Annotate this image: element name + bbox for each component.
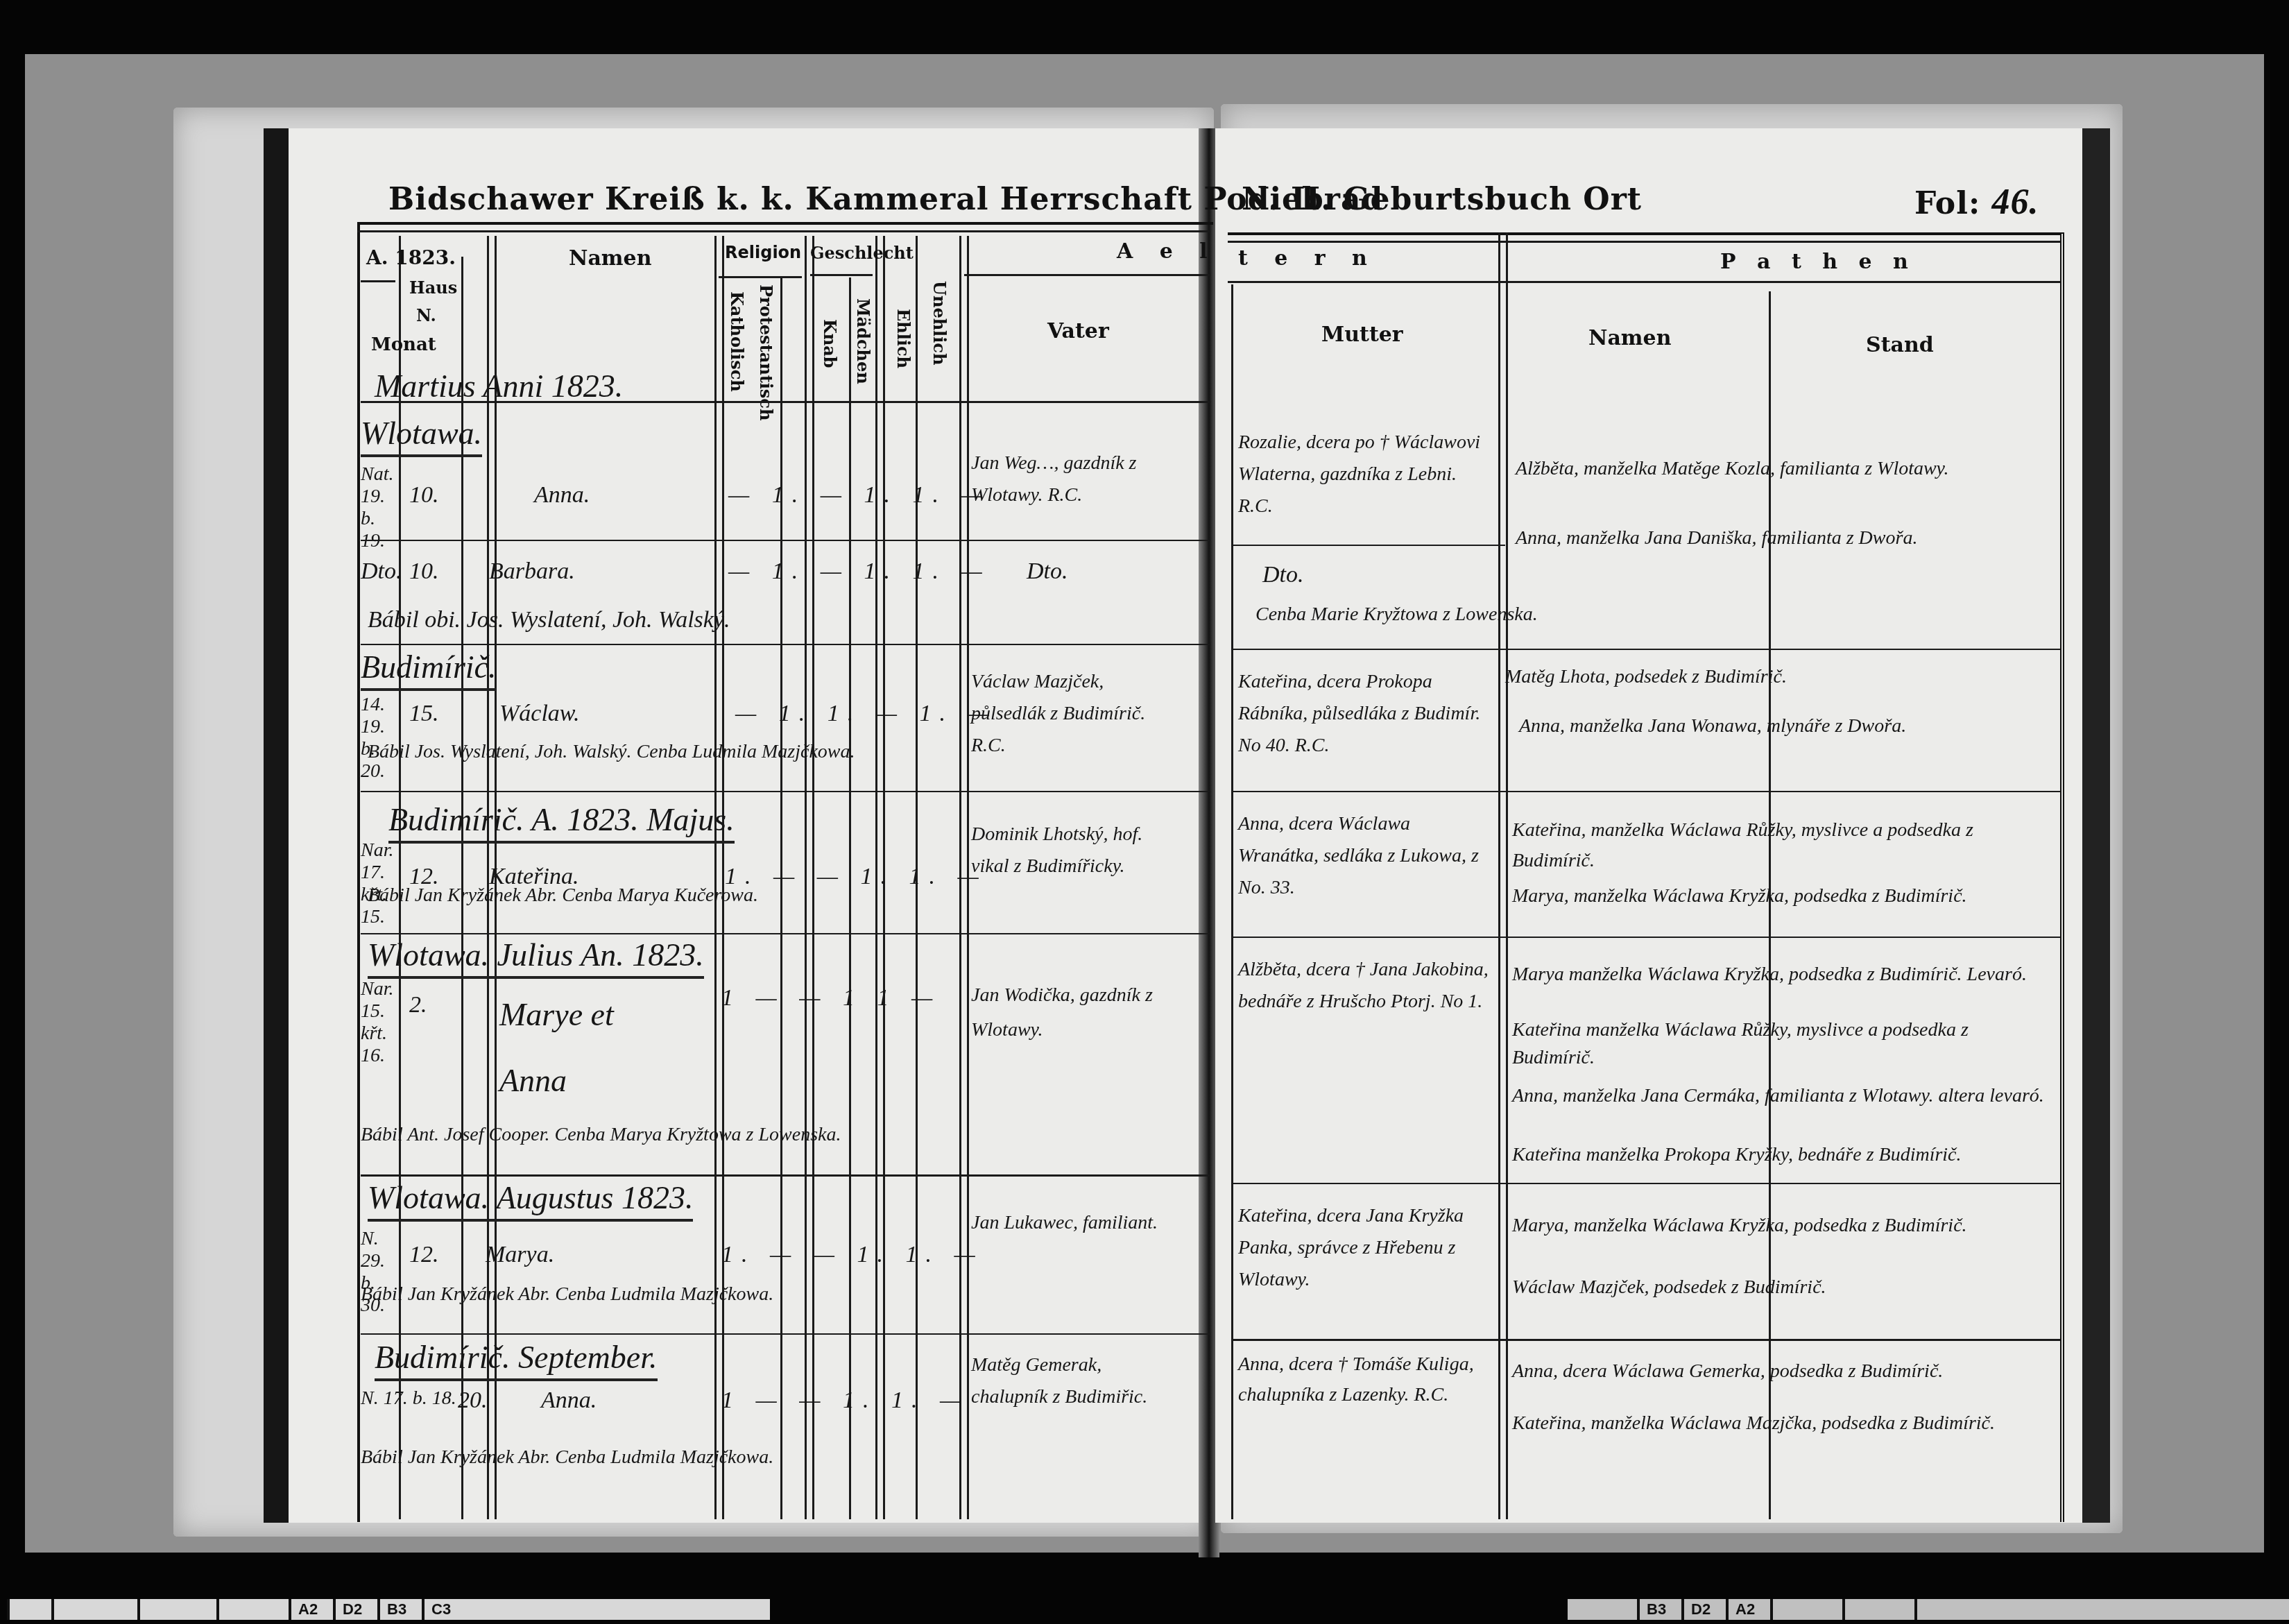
entry-marks: 1. — — 1. 1. — <box>725 864 987 890</box>
stand-header: Stand <box>1866 333 1934 357</box>
entry-marks: — 1. — 1. 1. — <box>728 482 991 508</box>
section-heading: Budimírič. A. 1823. Majus. <box>388 801 735 844</box>
monat-header: Monat <box>371 334 436 355</box>
mutter-entry: Alžběta, dcera † Jana Jakobina, bednáře … <box>1238 954 1495 1018</box>
section-heading: Wlotawa. Augustus 1823. <box>368 1179 693 1222</box>
row-rule <box>1231 1339 2060 1341</box>
namen-header: Namen <box>569 246 652 271</box>
vater-header: Vater <box>1047 319 1109 343</box>
mutter-entry: Dto. <box>1262 562 1304 588</box>
entry-vater: Jan Lukawec, familiant. <box>971 1207 1179 1239</box>
left-page-title: Bidschawer Kreiß k. k. Kammeral Herrscha… <box>388 182 1383 217</box>
section-heading: Budimírič. <box>361 649 496 691</box>
madchen-header: Mädchen <box>853 298 873 384</box>
row-rule <box>361 1174 1210 1177</box>
entry-marks: 1 — — 1 1 — <box>721 985 941 1011</box>
entry-vater: Dto. <box>1027 558 1068 585</box>
unehlich-header: Unehlich <box>929 281 950 365</box>
entry-date: Nar. 17. křt. 15. <box>361 839 402 928</box>
knab-header: Knab <box>820 319 840 368</box>
column-divider <box>1498 232 1508 1519</box>
religion-rule <box>719 276 802 278</box>
entry-note: Bábil Jan Kryžánek Abr. Cenba Ludmila Ma… <box>361 1446 773 1469</box>
right-page-title: N. II. Geburtsbuch Ort <box>1242 182 1642 217</box>
entry-marks: — 1. — 1. 1. — <box>728 558 991 585</box>
geschlecht-header: Geschlecht <box>810 243 914 263</box>
haus-header: Haus <box>409 277 457 298</box>
entry-name: Wáclaw. <box>499 701 580 727</box>
pathen-entry: Matěg Lhota, podsedek z Budimírič. <box>1505 666 2046 688</box>
pathen-entry: Anna, dcera Wáclawa Gemerka, podsedka z … <box>1512 1356 2053 1387</box>
column-divider <box>1231 284 1233 1519</box>
katholisch-header: Katholisch <box>727 291 747 392</box>
haus-n-header: N. <box>416 305 436 325</box>
entry-date: Nat. 19. b. 19. <box>361 463 402 552</box>
pathen-entry: Anna, manželka Jana Cermáka, familianta … <box>1512 1082 2053 1110</box>
entry-haus: 20. <box>458 1387 488 1414</box>
pathen-entry: Anna, manželka Jana Wonawa, mlynáře z Dw… <box>1519 711 2046 742</box>
mutter-entry: Kateřina, dcera Prokopa Rábníka, půlsedl… <box>1238 666 1495 762</box>
film-strip-left: A2 D2 B3 C3 <box>7 1599 770 1620</box>
ehlich-header: Ehlich <box>893 309 914 368</box>
entry-name: Marya. <box>486 1242 554 1268</box>
mutter-entry: Anna, dcera Wáclawa Wranátka, sedláka z … <box>1238 808 1495 904</box>
entry-marks: 1. — — 1. 1. — <box>721 1242 984 1268</box>
calibration-label: D2 <box>333 1599 377 1620</box>
row-rule <box>361 401 1210 403</box>
entry-note: Bábil Jos. Wyslatení, Joh. Walský. Cenba… <box>368 735 992 769</box>
entry-name: Barbara. <box>489 558 575 585</box>
entry-note: Bábil Jan Kryžánek Abr. Cenba Ludmila Ma… <box>361 1283 773 1306</box>
entry-vater: Dominik Lhotský, hof. vikal z Budimířick… <box>971 819 1179 882</box>
entry-haus: 2. <box>409 992 427 1018</box>
column-divider <box>714 236 724 1519</box>
row-rule <box>1231 791 2060 792</box>
folio-number: 46. <box>1991 182 2039 222</box>
entry-date: N. 17. b. 18. <box>361 1387 456 1410</box>
calibration-label: C3 <box>422 1599 466 1620</box>
entry-marks: 1 — — 1. 1. — <box>721 1387 969 1414</box>
mutter-header: Mutter <box>1321 323 1403 347</box>
section-heading: Wlotawa. <box>361 415 482 457</box>
calibration-label: B3 <box>1637 1599 1681 1620</box>
header-rule <box>1228 241 2060 243</box>
row-rule <box>361 1333 1210 1335</box>
pathen-entry: Kateřina, manželka Wáclawa Mazjčka, pods… <box>1512 1408 2053 1439</box>
protestantisch-header: Protestantisch <box>756 284 776 420</box>
entry-haus: 10. <box>409 482 439 508</box>
row-rule <box>361 791 1210 792</box>
folio: Fol: 46. <box>1914 182 2039 223</box>
pathen-namen-header: Namen <box>1588 326 1672 350</box>
subheader-rule <box>1228 281 2060 283</box>
film-strip-right: B3 D2 A2 <box>1568 1599 2289 1620</box>
entry-vater: Jan Weg…, gazdník z Wlotawy. R.C. <box>971 447 1179 511</box>
mutter-entry: Kateřina, dcera Jana Kryžka Panka, správ… <box>1238 1200 1495 1296</box>
folio-label: Fol: <box>1914 186 1980 221</box>
year-rule <box>361 280 395 282</box>
mutter-entry: Rozalie, dcera po † Wáclawovi Wlaterna, … <box>1238 427 1495 522</box>
entry-marks: — 1. 1. — 1. — <box>735 701 997 727</box>
entry-vater: Jan Wodička, gazdník z Wlotawy. <box>971 978 1179 1048</box>
eltern-header-right: t e r n <box>1238 246 1377 271</box>
entry-name: Marye et Anna <box>499 982 638 1113</box>
pathen-entry: Wáclaw Mazjček, podsedek z Budimírič. <box>1512 1276 2053 1299</box>
year-header: A. 1823. <box>366 246 456 269</box>
entry-haus: 10. <box>409 558 439 585</box>
entry-haus: 12. <box>409 1242 439 1268</box>
entry-name: Anna. <box>541 1387 597 1414</box>
entry-vater: Matěg Gemerak, chalupník z Budimiřic. <box>971 1349 1179 1413</box>
pathen-entry: Anna, manželka Jana Daniška, familianta … <box>1516 527 2043 549</box>
calibration-label: D2 <box>1681 1599 1726 1620</box>
row-rule <box>1231 649 2060 650</box>
mutter-entry: Anna, dcera † Tomáše Kuliga, chalupníka … <box>1238 1349 1495 1410</box>
religion-header: Religion <box>725 243 801 262</box>
entry-vater: Václaw Mazjček, půlsedlák z Budimírič. R… <box>971 666 1179 762</box>
calibration-label: B3 <box>377 1599 422 1620</box>
entry-note: Bábil Ant. Josef Cooper. Cenba Marya Kry… <box>361 1124 841 1146</box>
pathen-entry: Marya manželka Wáclawa Kryžka, podsedka … <box>1512 961 2053 989</box>
pathen-entry: Marya, manželka Wáclawa Kryžka, podsedka… <box>1512 1211 2053 1241</box>
header-rule <box>357 230 1210 232</box>
pathen-entry: Alžběta, manželka Matěge Kozla, familian… <box>1516 458 2043 480</box>
row-rule <box>361 644 1210 645</box>
section-heading: Budimírič. September. <box>375 1339 658 1381</box>
section-heading: Wlotawa. Julius An. 1823. <box>368 937 704 979</box>
pathen-entry: Kateřina, manželka Wáclawa Růžky, mysliv… <box>1512 815 2046 876</box>
entry-name: Anna. <box>534 482 590 508</box>
row-rule <box>1231 937 2060 938</box>
geschlecht-rule <box>810 274 873 276</box>
calibration-label: A2 <box>289 1599 333 1620</box>
pathen-entry: Kateřina manželka Wáclawa Růžky, myslivc… <box>1512 1016 2053 1072</box>
row-rule <box>361 540 1210 541</box>
eltern-header-left: A e l <box>1117 239 1217 264</box>
pathen-header: P a t h e n <box>1720 250 1915 274</box>
entry-date: Nar. 15. křt. 16. <box>361 978 402 1067</box>
calibration-label: A2 <box>1726 1599 1770 1620</box>
row-rule <box>1231 545 1505 546</box>
entry-haus: 15. <box>409 701 439 727</box>
pathen-entry: Cenba Marie Kryžtowa z Lowenska. <box>1255 604 1538 626</box>
pathen-entry: Marya, manželka Wáclawa Kryžka, podsedka… <box>1512 881 2046 912</box>
entry-note: Bábil obi. Jos. Wyslatení, Joh. Walský. <box>368 607 730 633</box>
pathen-entry: Kateřina manželka Prokopa Kryžky, bednář… <box>1512 1141 2053 1169</box>
entry-note: Bábil Jan Kryžánek Abr. Cenba Marya Kuče… <box>368 884 758 907</box>
row-rule <box>361 933 1210 934</box>
entry-date: Dto. <box>361 558 402 585</box>
eltern-rule <box>964 274 1210 276</box>
row-rule <box>1231 1183 2060 1184</box>
section-heading: Martius Anni 1823. <box>375 368 623 404</box>
